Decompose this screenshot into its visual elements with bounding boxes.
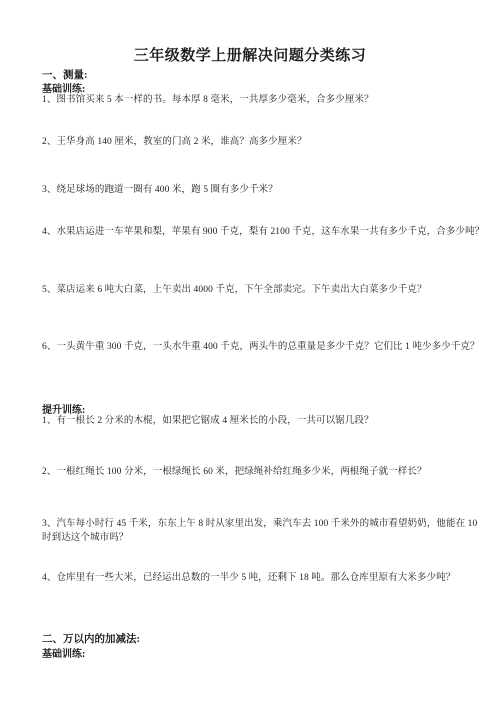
question: 1、图书馆买来 5 本一样的书。每本厚 8 毫米，一共厚多少毫米，合多少厘米？ xyxy=(42,93,492,107)
section-2-basic-label: 基础训练: xyxy=(42,645,85,660)
question: 3、汽车每小时行 45 千米，东东上午 8 时从家里出发，乘汽车去 100 千米… xyxy=(42,517,480,545)
page-title: 三年级数学上册解决问题分类练习 xyxy=(0,44,500,65)
question: 6、一头黄牛重 300 千克，一头水牛重 400 千克，两头牛的总重量是多少千克… xyxy=(42,340,492,354)
question: 1、有一根长 2 分米的木棍，如果把它锯成 4 厘米长的小段，一共可以锯几段？ xyxy=(42,414,492,428)
worksheet-page: 三年级数学上册解决问题分类练习 一、测量: 基础训练: 1、图书馆买来 5 本一… xyxy=(0,0,500,707)
question: 5、菜店运来 6 吨大白菜，上午卖出 4000 千克，下午全部卖完。下午卖出大白… xyxy=(42,283,492,297)
question: 3、绕足球场的跑道一圈有 400 米，跑 5 圈有多少千米？ xyxy=(42,183,492,197)
question: 2、一根红绳长 100 分米，一根绿绳长 60 米，把绿绳补给红绳多少米，两根绳… xyxy=(42,465,492,479)
question: 2、王华身高 140 厘米，教室的门高 2 米，谁高？高多少厘米？ xyxy=(42,135,492,149)
question: 4、仓库里有一些大米，已经运出总数的一半少 5 吨，还剩下 18 吨。那么仓库里… xyxy=(42,571,492,585)
question: 4、水果店运进一车苹果和梨，苹果有 900 千克，梨有 2100 千克，这车水果… xyxy=(42,225,492,239)
section-2-heading: 二、万以内的加减法: xyxy=(42,631,140,646)
